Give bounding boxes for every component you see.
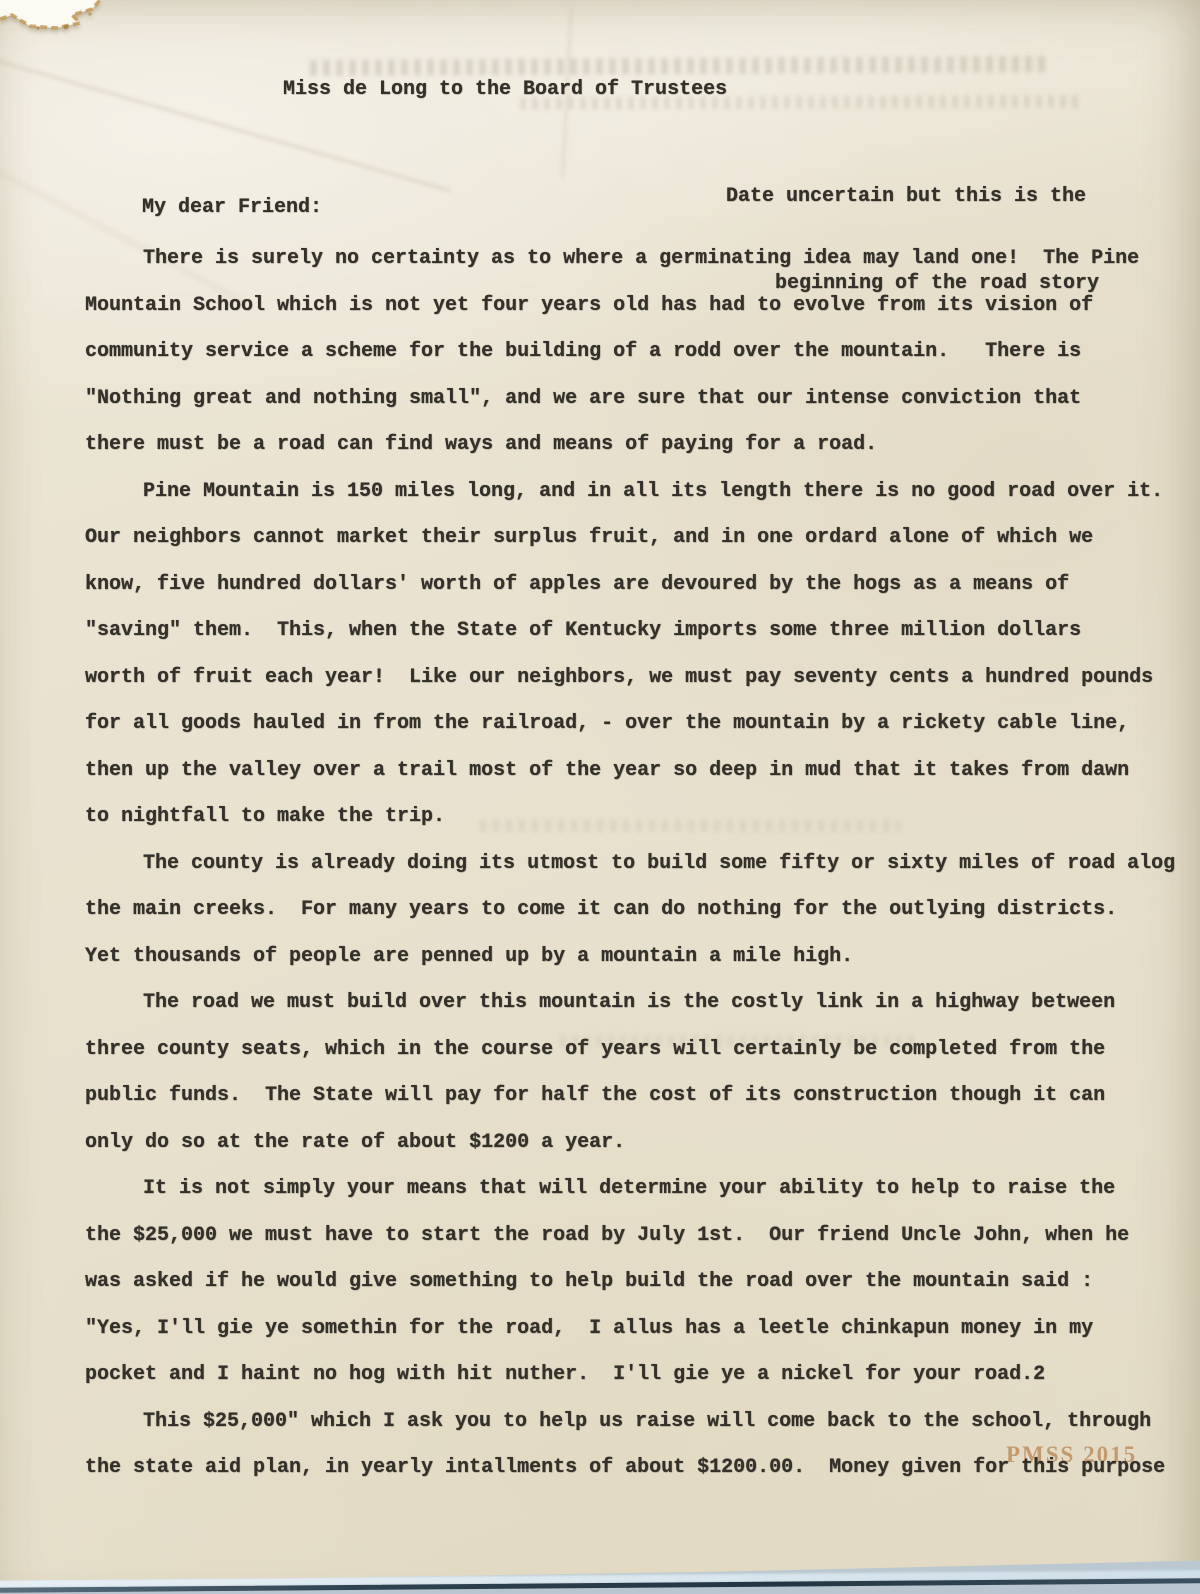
letter-line: It is not simply your means that will de… bbox=[85, 1166, 1200, 1213]
letter-line: Yet thousands of people are penned up by… bbox=[85, 934, 1200, 981]
letter-line: Our neighbors cannot market their surplu… bbox=[85, 515, 1200, 562]
letter-line: "saving" them. This, when the State of K… bbox=[85, 608, 1200, 655]
letter-body: There is surely no certainty as to where… bbox=[85, 236, 1200, 1492]
letter-line: This $25,000" which I ask you to help us… bbox=[85, 1399, 1200, 1446]
letter-line: the $25,000 we must have to start the ro… bbox=[85, 1213, 1200, 1260]
letter-line: "Nothing great and nothing small", and w… bbox=[85, 376, 1200, 423]
letter-line: know, five hundred dollars' worth of app… bbox=[85, 562, 1200, 609]
letter-line: "Yes, I'll gie ye somethin for the road,… bbox=[85, 1306, 1200, 1353]
torn-corner-patch bbox=[0, 0, 260, 110]
letter-line: The county is already doing its utmost t… bbox=[85, 841, 1200, 888]
letter-line: Pine Mountain is 150 miles long, and in … bbox=[85, 469, 1200, 516]
letter-line: worth of fruit each year! Like our neigh… bbox=[85, 655, 1200, 702]
letter-line: three county seats, which in the course … bbox=[85, 1027, 1200, 1074]
scanned-letter-page: { "letter": { "title": "Miss de Long to … bbox=[0, 0, 1200, 1594]
letter-line: The road we must build over this mountai… bbox=[85, 980, 1200, 1027]
letter-line: only do so at the rate of about $1200 a … bbox=[85, 1120, 1200, 1167]
letter-line: Mountain School which is not yet four ye… bbox=[85, 283, 1200, 330]
letter-line: the main creeks. For many years to come … bbox=[85, 887, 1200, 934]
letter-line: there must be a road can find ways and m… bbox=[85, 422, 1200, 469]
letter-line: community service a scheme for the build… bbox=[85, 329, 1200, 376]
letter-line: public funds. The State will pay for hal… bbox=[85, 1073, 1200, 1120]
date-annotation-line1: Date uncertain but this is the bbox=[726, 182, 1099, 211]
pmss-watermark: PMSS 2015 bbox=[1006, 1442, 1137, 1468]
letter-line: to nightfall to make the trip. bbox=[85, 794, 1200, 841]
letter-line: for all goods hauled in from the railroa… bbox=[85, 701, 1200, 748]
salutation: My dear Friend: bbox=[142, 193, 322, 223]
letter-line: was asked if he would give something to … bbox=[85, 1259, 1200, 1306]
letter-line: then up the valley over a trail most of … bbox=[85, 748, 1200, 795]
letter-line: There is surely no certainty as to where… bbox=[85, 236, 1200, 283]
document-title: Miss de Long to the Board of Trustees bbox=[283, 75, 727, 105]
letter-line: pocket and I haint no hog with hit nuthe… bbox=[85, 1352, 1200, 1399]
